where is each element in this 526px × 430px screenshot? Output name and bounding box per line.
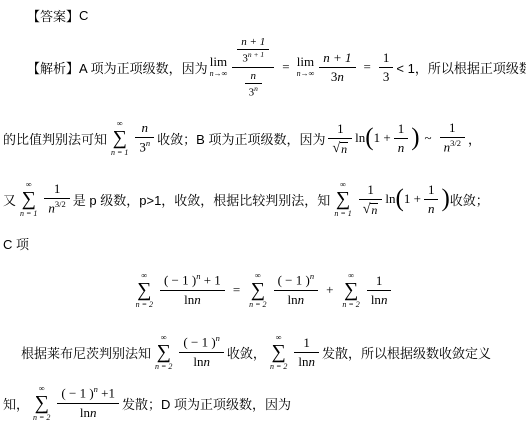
fraction-numerator: ( − 1 )n +1 bbox=[57, 385, 119, 403]
summation: ∞ ∑ n = 2 bbox=[270, 334, 287, 371]
sigma-icon: ∑ bbox=[336, 189, 350, 210]
fraction: 1 n bbox=[424, 182, 439, 217]
fraction: 1 lnn bbox=[294, 335, 319, 370]
fraction-numerator: 1 bbox=[294, 335, 319, 353]
analysis-text: 收敛， bbox=[227, 343, 266, 362]
fraction-denominator: lnn bbox=[160, 291, 225, 308]
analysis-text: 根据莱布尼茨判别法知 bbox=[21, 343, 151, 362]
fraction-numerator: n bbox=[245, 70, 262, 84]
summation: ∞ ∑ n = 2 bbox=[249, 272, 266, 309]
fraction-denominator: lnn bbox=[57, 404, 119, 421]
analysis-text: 又 bbox=[3, 190, 16, 209]
answer-value: C bbox=[79, 8, 88, 23]
math-text: 1 + bbox=[374, 130, 391, 146]
fraction-numerator: 1 bbox=[367, 273, 392, 291]
lim-subscript: n→∞ bbox=[297, 70, 315, 79]
fraction-denominator: 3n bbox=[245, 84, 262, 99]
sigma-icon: ∑ bbox=[137, 280, 151, 301]
fraction-denominator: lnn bbox=[294, 353, 319, 370]
sqrt-icon: √n bbox=[332, 142, 348, 155]
fraction: 1 lnn bbox=[367, 273, 392, 308]
fraction-denominator: n3/2 bbox=[440, 138, 465, 155]
fraction-numerator: 1 bbox=[424, 182, 439, 200]
equals-sign: = bbox=[364, 59, 371, 75]
fraction-numerator: ( − 1 )n bbox=[274, 272, 319, 290]
fraction: n 3n bbox=[245, 70, 262, 99]
paren-open: ( bbox=[396, 188, 404, 211]
sigma-icon: ∑ bbox=[251, 280, 265, 301]
fraction-denominator: n bbox=[424, 200, 439, 217]
sum-lower-limit: n = 2 bbox=[136, 301, 153, 309]
paren-open: ( bbox=[365, 127, 373, 150]
sigma-icon: ∑ bbox=[113, 128, 127, 149]
sum-lower-limit: n = 2 bbox=[342, 301, 359, 309]
sigma-icon: ∑ bbox=[35, 393, 49, 414]
fraction: n + 1 3n bbox=[319, 50, 355, 85]
sum-lower-limit: n = 2 bbox=[155, 363, 172, 371]
sigma-icon: ∑ bbox=[157, 342, 171, 363]
solution-document: 【答案】 C 【解析】A 项为正项级数，因为 lim n→∞ n + 1 3n … bbox=[0, 0, 526, 430]
lim-word: lim bbox=[210, 55, 227, 69]
fraction-denominator: √n bbox=[359, 200, 383, 217]
sum-lower-limit: n = 1 bbox=[334, 210, 351, 218]
fraction: n 3n bbox=[135, 120, 154, 155]
fraction-numerator: 1 bbox=[359, 182, 383, 200]
fraction: 1 n3/2 bbox=[440, 120, 465, 155]
summation: ∞ ∑ n = 2 bbox=[33, 385, 50, 422]
ln-operator: ln bbox=[355, 130, 365, 146]
fraction-denominator: 3n bbox=[135, 138, 154, 155]
equals-sign: = bbox=[233, 282, 240, 298]
analysis-line-3: 又 ∞ ∑ n = 1 1 n3/2 是 p 级数，p>1，收敛，根据比较判别法… bbox=[0, 169, 526, 229]
summation: ∞ ∑ n = 2 bbox=[342, 272, 359, 309]
fraction-denominator: n bbox=[394, 139, 409, 156]
analysis-line-5: 根据莱布尼茨判别法知 ∞ ∑ n = 2 ( − 1 )n lnn 收敛， ∞ … bbox=[0, 323, 526, 381]
fraction-numerator: 1 bbox=[379, 50, 394, 68]
answer-label: 【答案】 bbox=[27, 6, 79, 25]
analysis-line-2: 的比值判别法可知 ∞ ∑ n = 1 n 3n 收敛；B 项为正项级数，因为 1… bbox=[0, 107, 526, 169]
sigma-icon: ∑ bbox=[272, 342, 286, 363]
analysis-text: 收敛；B 项为正项级数，因为 bbox=[157, 129, 325, 148]
fraction-numerator: ( − 1 )n + 1 bbox=[160, 272, 225, 290]
fraction-denominator: lnn bbox=[179, 353, 224, 370]
math-text: 1 + bbox=[404, 191, 421, 207]
fraction-denominator: 3 bbox=[379, 68, 394, 85]
sum-lower-limit: n = 2 bbox=[249, 301, 266, 309]
analysis-text: 是 p 级数，p>1，收敛，根据比较判别法，知 bbox=[73, 190, 331, 209]
analysis-text: 收敛； bbox=[450, 190, 489, 209]
sum-lower-limit: n = 2 bbox=[270, 363, 287, 371]
analysis-line-4: C 项 bbox=[0, 229, 526, 257]
sum-lower-limit: n = 1 bbox=[111, 149, 128, 157]
lim-word: lim bbox=[297, 55, 314, 69]
fraction-numerator: 1 bbox=[328, 121, 352, 139]
fraction-numerator: 1 bbox=[44, 181, 69, 199]
equals-sign: = bbox=[282, 59, 289, 75]
fraction-denominator: √n bbox=[328, 139, 352, 156]
analysis-text: 的比值判别法可知 bbox=[3, 129, 107, 148]
analysis-text: 知， bbox=[3, 394, 29, 413]
fraction-denominator: lnn bbox=[274, 291, 319, 308]
summation: ∞ ∑ n = 1 bbox=[20, 181, 37, 218]
fraction: ( − 1 )n lnn bbox=[274, 272, 319, 307]
fraction: 1 √n bbox=[328, 121, 352, 156]
tilde-sign: ~ bbox=[425, 130, 432, 146]
sigma-icon: ∑ bbox=[22, 189, 36, 210]
sum-lower-limit: n = 2 bbox=[33, 414, 50, 422]
limit-operator: lim n→∞ bbox=[210, 55, 228, 78]
plus-sign: + bbox=[326, 282, 333, 298]
fraction-numerator: n bbox=[135, 120, 154, 138]
paren-close: ) bbox=[441, 188, 449, 211]
ln-operator: ln bbox=[385, 191, 395, 207]
limit-operator: lim n→∞ bbox=[297, 55, 315, 78]
analysis-line-6: 知， ∞ ∑ n = 2 ( − 1 )n +1 lnn 发散；D 项为正项级数… bbox=[0, 381, 526, 425]
fraction: ( − 1 )n + 1 lnn bbox=[160, 272, 225, 307]
fraction: 1 3 bbox=[379, 50, 394, 85]
display-equation: ∞ ∑ n = 2 ( − 1 )n + 1 lnn = ∞ ∑ n = 2 (… bbox=[0, 257, 526, 323]
analysis-text: C 项 bbox=[3, 234, 29, 253]
fraction: 1 n bbox=[394, 121, 409, 156]
summation: ∞ ∑ n = 1 bbox=[111, 120, 128, 157]
analysis-text: 发散；D 项为正项级数，因为 bbox=[122, 394, 291, 413]
fraction: 1 n3/2 bbox=[44, 181, 69, 216]
analysis-text: 发散，所以根据级数收敛定义 bbox=[322, 343, 491, 362]
fraction-denominator: lnn bbox=[367, 291, 392, 308]
fraction-numerator: 1 bbox=[394, 121, 409, 139]
fraction: 1 √n bbox=[359, 182, 383, 217]
summation: ∞ ∑ n = 1 bbox=[334, 181, 351, 218]
fraction-numerator: n + 1 bbox=[237, 36, 269, 50]
analysis-line-1: 【解析】A 项为正项级数，因为 lim n→∞ n + 1 3n + 1 n 3… bbox=[0, 27, 526, 107]
fraction: ( − 1 )n +1 lnn bbox=[57, 385, 119, 420]
fraction-numerator: ( − 1 )n bbox=[179, 334, 224, 352]
fraction-numerator: n + 1 bbox=[319, 50, 355, 68]
answer-line: 【答案】 C bbox=[0, 3, 526, 27]
sqrt-icon: √n bbox=[363, 203, 379, 216]
sigma-icon: ∑ bbox=[344, 280, 358, 301]
analysis-text: < 1，所以根据正项级数 bbox=[396, 58, 526, 77]
nested-fraction: n + 1 3n + 1 n 3n bbox=[232, 34, 274, 100]
fraction-denominator: 3n + 1 bbox=[237, 50, 269, 65]
fraction-numerator: 1 bbox=[440, 120, 465, 138]
paren-close: ) bbox=[411, 127, 419, 150]
fraction-denominator: 3n bbox=[319, 68, 355, 85]
sum-lower-limit: n = 1 bbox=[20, 210, 37, 218]
analysis-text: 【解析】A 项为正项级数，因为 bbox=[27, 58, 208, 77]
lim-subscript: n→∞ bbox=[210, 70, 228, 79]
fraction-denominator: n3/2 bbox=[44, 199, 69, 216]
summation: ∞ ∑ n = 2 bbox=[136, 272, 153, 309]
fraction: ( − 1 )n lnn bbox=[179, 334, 224, 369]
fraction: n + 1 3n + 1 bbox=[237, 36, 269, 65]
summation: ∞ ∑ n = 2 bbox=[155, 334, 172, 371]
analysis-text: ， bbox=[468, 129, 481, 148]
